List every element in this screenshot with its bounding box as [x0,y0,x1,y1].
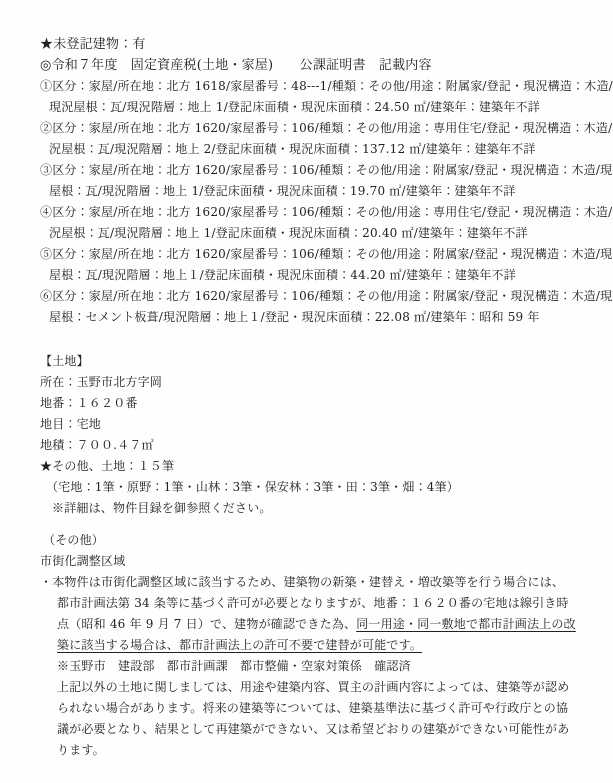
tax-certificate-document-page: ★未登記建物：有 ◎令和７年度 固定資産税(土地・家屋) 公課証明書 記載内容 … [0,0,613,783]
paragraph-text: ・本物件は市街化調整区域に該当するため、建築物の新築・建替え・増改築等を行う場合… [40,575,564,589]
paragraph-text: 都市計画法第 34 条等に基づく許可が必要となりますが、地番：１６２０番の宅地は… [57,596,569,610]
building-item: ⑥区分：家屋/所在地：北方 1620/家屋番号：106/種類：その他/用途：附属… [40,286,575,328]
land-section: 【土地】 所在：玉野市北方字岡 地番：１６２０番 地目：宅地 地積：７００.４７… [40,351,575,519]
land-row: 地積：７００.４７㎡ [40,435,575,456]
paragraph-line: 築に該当する場合は、都市計画法上の許可不要で建替が可能です。 [40,635,575,656]
land-row: ※詳細は、物件目録を御参照ください。 [40,498,575,519]
zoning-subheading: 市街化調整区域 [40,551,575,572]
building-item: ②区分：家屋/所在地：北方 1620/家屋番号：106/種類：その他/用途：専用… [40,118,575,160]
zoning-paragraph-list: ・本物件は市街化調整区域に該当するため、建築物の新築・建替え・増改築等を行う場合… [40,572,575,761]
paragraph-underlined-text: 同一用途・同一敷地で都市計画法上の改 [356,617,576,631]
land-rows-list: 所在：玉野市北方字岡 地番：１６２０番 地目：宅地 地積：７００.４７㎡ ★その… [40,372,575,519]
paragraph-text: 点（昭和 46 年 9 月 7 日）で、建物が確認できた為、 [57,617,356,631]
building-item-line2: 屋根：瓦/現況階層：地上 1/登記床面積・現況床面積：19.70 ㎡/建築年：建… [40,181,575,202]
paragraph-line: 上記以外の土地に関しましては、用途や建築内容、買主の計画内容によっては、建築等が… [40,677,575,698]
paragraph-line: 都市計画法第 34 条等に基づく許可が必要となりますが、地番：１６２０番の宅地は… [40,593,575,614]
paragraph-text: ります。 [57,743,105,757]
land-section-heading: 【土地】 [40,351,575,372]
land-row: （宅地：1筆・原野：1筆・山林：3筆・保安林：3筆・田：3筆・畑：4筆） [40,477,575,498]
paragraph-underlined-text: 築に該当する場合は、都市計画法上の許可不要で建替が可能です。 [57,638,422,652]
paragraph-line: ※玉野市 建設部 都市計画課 都市整備・空家対策係 確認済 [40,656,575,677]
building-item-line2: 現況屋根：瓦/現況階層：地上 1/登記床面積・現況床面積：24.50 ㎡/建築年… [40,97,575,118]
document-title: ◎令和７年度 固定資産税(土地・家屋) 公課証明書 記載内容 [40,55,575,76]
paragraph-line: 議が必要となり、結果として再建築ができない、又は希望どおりの建築ができない可能性… [40,719,575,740]
building-item-line1: ②区分：家屋/所在地：北方 1620/家屋番号：106/種類：その他/用途：専用… [40,118,575,139]
paragraph-text: 議が必要となり、結果として再建築ができない、又は希望どおりの建築ができない可能性… [57,722,569,736]
building-item: ①区分：家屋/所在地：北方 1618/家屋番号：48---1/種類：その他/用途… [40,76,575,118]
land-row: 所在：玉野市北方字岡 [40,372,575,393]
unregistered-building-note: ★未登記建物：有 [40,34,575,55]
paragraph-line: られない場合があります。将来の建築等については、建築基準法に基づく許可や行政庁と… [40,698,575,719]
paragraph-line: 点（昭和 46 年 9 月 7 日）で、建物が確認できた為、同一用途・同一敷地で… [40,614,575,635]
building-item-line1: ⑤区分：家屋/所在地：北方 1620/家屋番号：106/種類：その他/用途：附属… [40,244,575,265]
building-item-line1: ①区分：家屋/所在地：北方 1618/家屋番号：48---1/種類：その他/用途… [40,76,575,97]
paragraph-text: ※玉野市 建設部 都市計画課 都市整備・空家対策係 確認済 [57,659,411,673]
land-row: 地目：宅地 [40,414,575,435]
other-section: （その他） 市街化調整区域 ・本物件は市街化調整区域に該当するため、建築物の新築… [40,530,575,761]
building-item-line1: ④区分：家屋/所在地：北方 1620/家屋番号：106/種類：その他/用途：専用… [40,202,575,223]
paragraph-line: ります。 [40,740,575,761]
building-item-line2: 況屋根：瓦/現況階層：地上 2/登記床面積・現況床面積：137.12 ㎡/建築年… [40,139,575,160]
paragraph-text: 上記以外の土地に関しましては、用途や建築内容、買主の計画内容によっては、建築等が… [57,680,569,694]
paragraph-text: られない場合があります。将来の建築等については、建築基準法に基づく許可や行政庁と… [57,701,568,715]
other-section-heading: （その他） [40,530,575,551]
land-row: ★その他、土地：１５筆 [40,456,575,477]
building-item-line2: 況屋根：瓦/現況階層：地上 1/登記床面積・現況床面積：20.40 ㎡/建築年：… [40,223,575,244]
building-items-list: ①区分：家屋/所在地：北方 1618/家屋番号：48---1/種類：その他/用途… [40,76,575,328]
paragraph-line: ・本物件は市街化調整区域に該当するため、建築物の新築・建替え・増改築等を行う場合… [40,572,575,593]
building-item-line2: 屋根：瓦/現況階層：地上１/登記床面積・現況床面積：44.20 ㎡/建築年：建築… [40,265,575,286]
building-item: ⑤区分：家屋/所在地：北方 1620/家屋番号：106/種類：その他/用途：附属… [40,244,575,286]
building-item-line2: 屋根：セメント板葺/現況階層：地上１/登記・現況床面積：22.08 ㎡/建築年：… [40,307,575,328]
building-item: ④区分：家屋/所在地：北方 1620/家屋番号：106/種類：その他/用途：専用… [40,202,575,244]
building-item-line1: ⑥区分：家屋/所在地：北方 1620/家屋番号：106/種類：その他/用途：附属… [40,286,575,307]
building-item-line1: ③区分：家屋/所在地：北方 1620/家屋番号：106/種類：その他/用途：附属… [40,160,575,181]
land-row: 地番：１６２０番 [40,393,575,414]
building-item: ③区分：家屋/所在地：北方 1620/家屋番号：106/種類：その他/用途：附属… [40,160,575,202]
